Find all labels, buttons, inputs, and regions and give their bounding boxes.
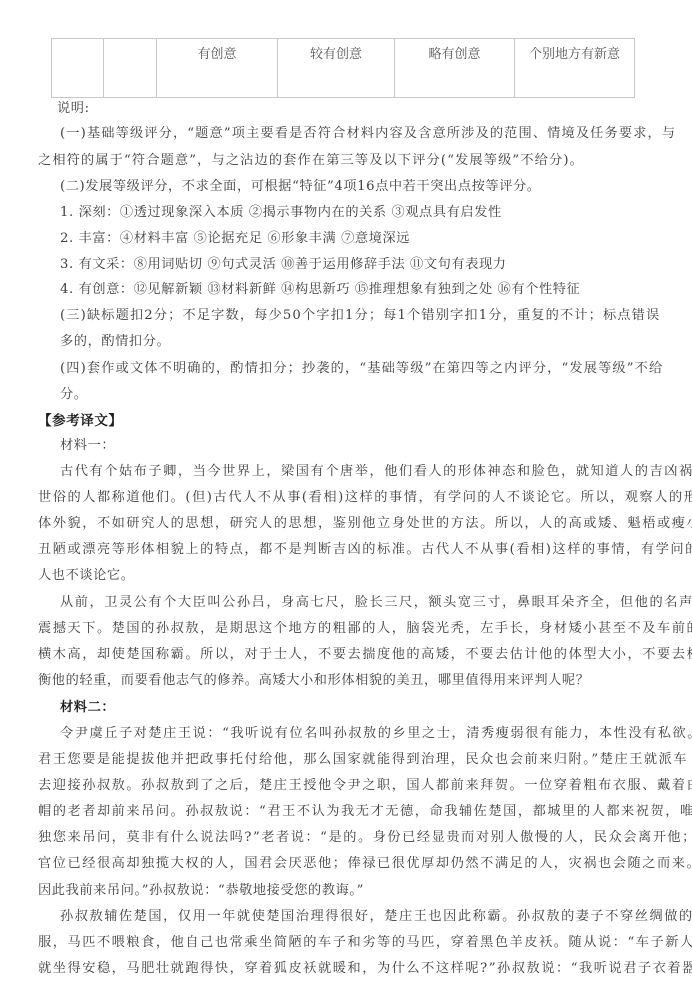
paragraph-line: 去迎接孙叔敖。孙叔敖到了之后，楚庄王授他令尹之职，国人都前来拜贺。一位穿着粗布衣… — [38, 777, 658, 795]
notes-paragraph-1-cont: 之相符的属于“符合题意”，与之沾边的套作在第三等及以下评分(“发展等级”不给分)… — [38, 152, 658, 170]
table-cell — [104, 39, 157, 98]
paragraph-line: 衡他的轻重，而要看他志气的修养。高矮大小和形体相貌的美丑，哪里值得用来评判人呢？ — [38, 672, 658, 690]
paragraph-line: 独您来吊问，莫非有什么说法吗?”老者说：“是的。身份已经显贵而对别人傲慢的人，民… — [38, 829, 658, 847]
paragraph-line: 震撼天下。楚国的孙叔敖，是期思这个地方的粗鄙的人，脑袋光秃，左手长，身材矮小甚至… — [38, 620, 658, 638]
paragraph-line: 因此我前来吊问。”孙叔敖说：“恭敬地接受您的教诲。” — [38, 882, 658, 900]
material-label: 材料一： — [60, 437, 680, 455]
table-cell — [52, 39, 104, 98]
paragraph-line: 官位已经很高却独揽大权的人，国君会厌恶他；俸禄已很优厚却仍然不满足的人，灾祸也会… — [38, 855, 658, 873]
paragraph-line: 帽的老者却前来吊问。孙叔敖说：“君王不认为我无才无德，命我辅佐楚国，都城里的人都… — [38, 803, 658, 821]
feature-item: 1. 深刻：①透过现象深入本质 ②揭示事物内在的关系 ③观点具有启发性 — [60, 204, 680, 222]
section-heading: 【参考译文】 — [38, 412, 658, 430]
paragraph-line: 孙叔敖辅佐楚国，仅用一年就使楚国治理得很好，楚庄王也因此称霸。孙叔敖的妻子不穿丝… — [60, 908, 680, 926]
paragraph-line: 横木高，却使楚国称霸。所以，对于士人，不要去揣度他的高矮，不要去估计他的体型大小… — [38, 646, 658, 664]
paragraph-line: 令尹虞丘子对楚庄王说：“我听说有位名叫孙叔敖的乡里之士，清秀瘦弱很有能力，本性没… — [60, 725, 680, 743]
notes-title: 说明: — [57, 100, 677, 118]
notes-paragraph-3: (三)缺标题扣2分；不足字数，每少50个字扣1分；每1个错别字扣1分，重复的不计… — [60, 307, 680, 325]
feature-item: 2. 丰富：④材料丰富 ⑤论据充足 ⑥形象丰满 ⑦意境深远 — [60, 230, 680, 248]
paragraph-line: 服，马匹不喂粮食，他自己也常乘坐简陋的车子和劣等的马匹，穿着黑色羊皮袄。随从说：… — [38, 934, 658, 952]
paragraph-line: 丑陋或漂亮等形体相貌上的特点，都不是判断吉凶的标准。古代人不从事(看相)这样的事… — [38, 541, 658, 559]
notes-paragraph-3-cont: 多的，酌情扣分。 — [60, 333, 680, 351]
table-cell: 略有创意 — [395, 39, 515, 98]
feature-item: 3. 有文采：⑧用词贴切 ⑨句式灵活 ⑩善于运用修辞手法 ⑪文句有表现力 — [60, 256, 680, 274]
paragraph-line: 就坐得安稳，马肥壮就跑得快，穿着狐皮袄就暖和，为什么不这样呢?”孙叔敖说：“我听… — [38, 960, 658, 978]
paragraph-line: 君王您要是能提拔他并把政事托付给他，那么国家就能得到治理，民众也会前来归附。”楚… — [38, 751, 658, 769]
feature-item: 4. 有创意：⑫见解新颖 ⑬材料新鲜 ⑭构思新巧 ⑮推理想象有独到之处 ⑯有个性… — [60, 281, 680, 299]
rubric-table: 有创意 较有创意 略有创意 个别地方有新意 — [51, 38, 635, 98]
paragraph-line: 人也不谈论它。 — [38, 567, 658, 585]
notes-paragraph-4: (四)套作或文体不明确的，酌情扣分；抄袭的，“基础等级”在第四等之内评分，“发展… — [60, 360, 680, 378]
table-row: 有创意 较有创意 略有创意 个别地方有新意 — [52, 39, 635, 98]
paragraph-line: 古代有个姑布子卿，当今世界上，梁国有个唐举，他们看人的形体神态和脸色，就知道人的… — [60, 463, 680, 481]
material-label: 材料二： — [60, 699, 680, 717]
paragraph-line: 从前，卫灵公有个大臣叫公孙吕，身高七尺，脸长三尺，额头宽三寸，鼻眼耳朵齐全，但他… — [60, 594, 680, 612]
notes-paragraph-4-cont: 分。 — [60, 386, 680, 404]
table-cell: 有创意 — [157, 39, 278, 98]
notes-paragraph-2: (二)发展等级评分，不求全面，可根据“特征”4项16点中若干突出点按等评分。 — [60, 178, 680, 196]
paragraph-line: 体外貌，不如研究人的思想，研究人的思想，鉴别他立身处世的方法。所以，人的高或矮、… — [38, 515, 658, 533]
notes-paragraph-1: (一)基础等级评分，“题意”项主要看是否符合材料内容及含意所涉及的范围、情境及任… — [60, 125, 680, 143]
table-cell: 较有创意 — [278, 39, 395, 98]
table-cell: 个别地方有新意 — [515, 39, 635, 98]
paragraph-line: 世俗的人都称道他们。(但)古代人不从事(看相)这样的事情，有学问的人不谈论它。所… — [38, 489, 658, 507]
